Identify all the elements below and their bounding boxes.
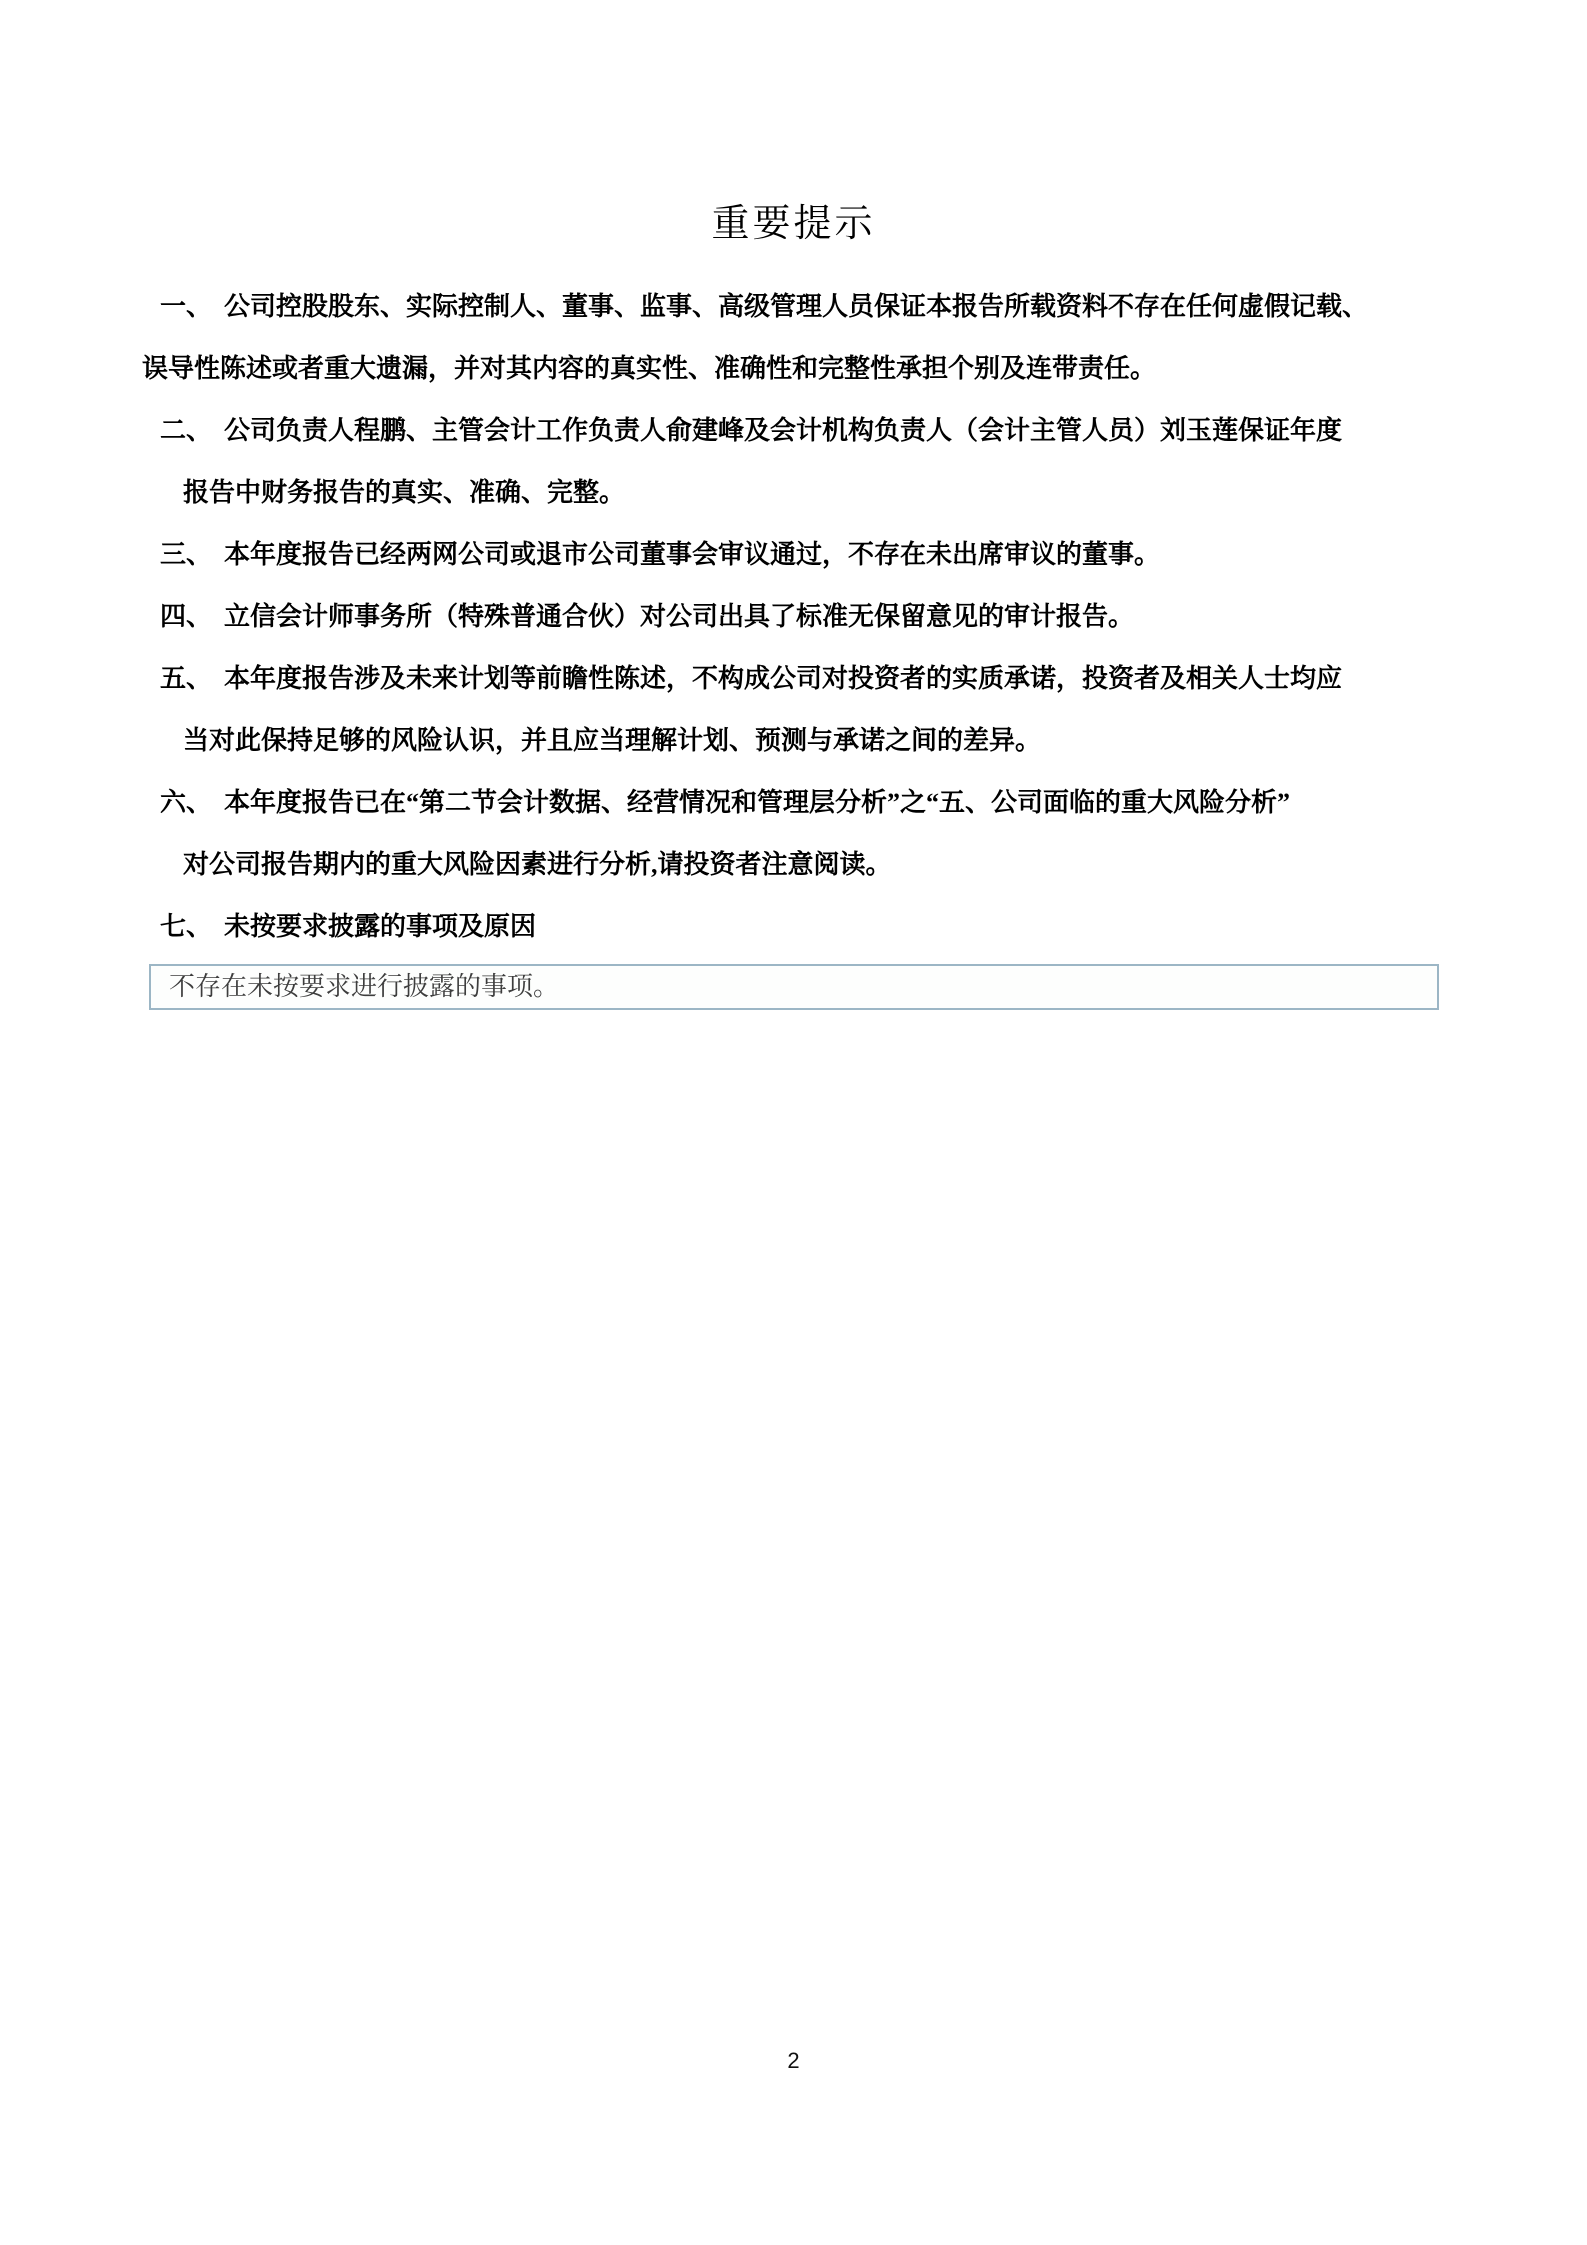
notice-item: 一、公司控股股东、实际控制人、董事、监事、高级管理人员保证本报告所载资料不存在任… xyxy=(142,276,1492,400)
notice-item: 五、本年度报告涉及未来计划等前瞻性陈述，不构成公司对投资者的实质承诺，投资者及相… xyxy=(142,648,1492,772)
item-text: 本年度报告已经两网公司或退市公司董事会审议通过，不存在未出席审议的董事。 xyxy=(224,540,1160,569)
disclosure-box: 不存在未按要求进行披露的事项。 xyxy=(149,964,1439,1010)
item-number: 六、 xyxy=(160,772,212,834)
notice-item-line: 误导性陈述或者重大遗漏，并对其内容的真实性、准确性和完整性承担个别及连带责任。 xyxy=(142,338,1492,400)
notice-item-line: 对公司报告期内的重大风险因素进行分析,请投资者注意阅读。 xyxy=(142,834,1492,896)
item-number: 二、 xyxy=(160,400,212,462)
document-page: 重要提示 一、公司控股股东、实际控制人、董事、监事、高级管理人员保证本报告所载资… xyxy=(0,0,1587,2245)
notice-item: 二、公司负责人程鹏、主管会计工作负责人俞建峰及会计机构负责人（会计主管人员）刘玉… xyxy=(142,400,1492,524)
disclosure-box-text: 不存在未按要求进行披露的事项。 xyxy=(169,972,559,1001)
item-text: 公司负责人程鹏、主管会计工作负责人俞建峰及会计机构负责人（会计主管人员）刘玉莲保… xyxy=(224,416,1342,445)
notice-item-line: 二、公司负责人程鹏、主管会计工作负责人俞建峰及会计机构负责人（会计主管人员）刘玉… xyxy=(142,400,1492,462)
notice-item-line: 三、本年度报告已经两网公司或退市公司董事会审议通过，不存在未出席审议的董事。 xyxy=(142,524,1492,586)
notice-item: 四、立信会计师事务所（特殊普通合伙）对公司出具了标准无保留意见的审计报告。 xyxy=(142,586,1492,648)
notice-item-line: 一、公司控股股东、实际控制人、董事、监事、高级管理人员保证本报告所载资料不存在任… xyxy=(142,276,1492,338)
notice-item-line: 五、本年度报告涉及未来计划等前瞻性陈述，不构成公司对投资者的实质承诺，投资者及相… xyxy=(142,648,1492,710)
notice-item-line: 当对此保持足够的风险认识，并且应当理解计划、预测与承诺之间的差异。 xyxy=(142,710,1492,772)
item-text: 公司控股股东、实际控制人、董事、监事、高级管理人员保证本报告所载资料不存在任何虚… xyxy=(224,292,1368,321)
item-text: 未按要求披露的事项及原因 xyxy=(224,912,536,941)
notice-item: 三、本年度报告已经两网公司或退市公司董事会审议通过，不存在未出席审议的董事。 xyxy=(142,524,1492,586)
notice-item-line: 六、本年度报告已在“第二节会计数据、经营情况和管理层分析”之“五、公司面临的重大… xyxy=(142,772,1492,834)
notice-content: 一、公司控股股东、实际控制人、董事、监事、高级管理人员保证本报告所载资料不存在任… xyxy=(142,276,1492,1010)
item-text: 本年度报告已在“第二节会计数据、经营情况和管理层分析”之“五、公司面临的重大风险… xyxy=(224,788,1290,817)
item-text: 本年度报告涉及未来计划等前瞻性陈述，不构成公司对投资者的实质承诺，投资者及相关人… xyxy=(224,664,1342,693)
notice-item-line: 七、未按要求披露的事项及原因 xyxy=(142,896,1492,958)
notice-item: 六、本年度报告已在“第二节会计数据、经营情况和管理层分析”之“五、公司面临的重大… xyxy=(142,772,1492,896)
page-number: 2 xyxy=(0,2048,1587,2074)
item-number: 四、 xyxy=(160,586,212,648)
notice-item: 七、未按要求披露的事项及原因 xyxy=(142,896,1492,958)
item-text: 立信会计师事务所（特殊普通合伙）对公司出具了标准无保留意见的审计报告。 xyxy=(224,602,1134,631)
notice-item-line: 四、立信会计师事务所（特殊普通合伙）对公司出具了标准无保留意见的审计报告。 xyxy=(142,586,1492,648)
item-number: 五、 xyxy=(160,648,212,710)
notice-item-line: 报告中财务报告的真实、准确、完整。 xyxy=(142,462,1492,524)
item-number: 三、 xyxy=(160,524,212,586)
item-number: 一、 xyxy=(160,276,212,338)
item-number: 七、 xyxy=(160,896,212,958)
page-title: 重要提示 xyxy=(0,196,1587,252)
